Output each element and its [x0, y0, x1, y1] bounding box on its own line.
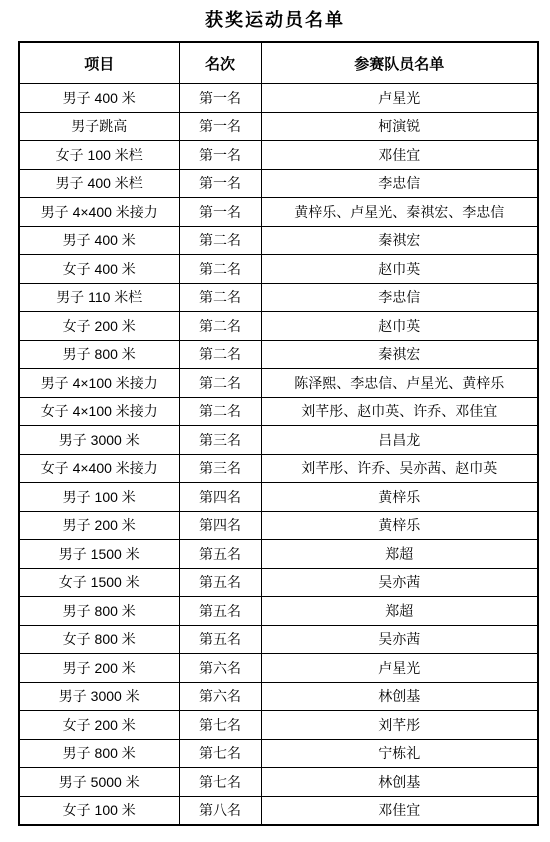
event-cell: 男子 400 米	[19, 226, 179, 255]
event-cell: 男子 4×400 米接力	[19, 198, 179, 227]
names-cell: 刘芊彤	[261, 711, 538, 740]
table-row: 女子 1500 米第五名吴亦茜	[19, 568, 538, 597]
names-cell: 卢星光	[261, 84, 538, 113]
rank-cell: 第一名	[179, 84, 261, 113]
table-row: 男子 5000 米第七名林创基	[19, 768, 538, 797]
names-cell: 邓佳宜	[261, 141, 538, 170]
award-table: 项目 名次 参赛队员名单 男子 400 米第一名卢星光男子跳高第一名柯演锐女子 …	[18, 41, 539, 826]
header-row: 项目 名次 参赛队员名单	[19, 42, 538, 84]
table-row: 女子 4×400 米接力第三名刘芊彤、许乔、吴亦茜、赵巾英	[19, 454, 538, 483]
event-cell: 女子 4×400 米接力	[19, 454, 179, 483]
event-cell: 男子 800 米	[19, 340, 179, 369]
event-cell: 男子 1500 米	[19, 540, 179, 569]
event-cell: 男子 4×100 米接力	[19, 369, 179, 398]
names-cell: 陈泽熙、李忠信、卢星光、黄梓乐	[261, 369, 538, 398]
table-row: 女子 200 米第二名赵巾英	[19, 312, 538, 341]
names-cell: 吴亦茜	[261, 568, 538, 597]
rank-cell: 第五名	[179, 625, 261, 654]
table-row: 男子 800 米第七名宁栋礼	[19, 739, 538, 768]
names-cell: 刘芊彤、赵巾英、许乔、邓佳宜	[261, 397, 538, 426]
table-row: 男子 800 米第二名秦祺宏	[19, 340, 538, 369]
event-cell: 男子跳高	[19, 112, 179, 141]
names-cell: 卢星光	[261, 654, 538, 683]
header-event: 项目	[19, 42, 179, 84]
rank-cell: 第七名	[179, 739, 261, 768]
event-cell: 男子 110 米栏	[19, 283, 179, 312]
rank-cell: 第一名	[179, 198, 261, 227]
rank-cell: 第四名	[179, 483, 261, 512]
event-cell: 男子 3000 米	[19, 426, 179, 455]
names-cell: 柯演锐	[261, 112, 538, 141]
names-cell: 吴亦茜	[261, 625, 538, 654]
names-cell: 秦祺宏	[261, 226, 538, 255]
rank-cell: 第三名	[179, 426, 261, 455]
table-row: 女子 800 米第五名吴亦茜	[19, 625, 538, 654]
table-row: 男子 4×100 米接力第二名陈泽熙、李忠信、卢星光、黄梓乐	[19, 369, 538, 398]
names-cell: 李忠信	[261, 283, 538, 312]
header-rank: 名次	[179, 42, 261, 84]
event-cell: 男子 200 米	[19, 654, 179, 683]
event-cell: 女子 1500 米	[19, 568, 179, 597]
rank-cell: 第二名	[179, 397, 261, 426]
rank-cell: 第二名	[179, 255, 261, 284]
table-row: 男子 200 米第四名黄梓乐	[19, 511, 538, 540]
names-cell: 宁栋礼	[261, 739, 538, 768]
rank-cell: 第二名	[179, 283, 261, 312]
event-cell: 女子 400 米	[19, 255, 179, 284]
names-cell: 林创基	[261, 682, 538, 711]
table-row: 男子 400 米第二名秦祺宏	[19, 226, 538, 255]
table-row: 男子 110 米栏第二名李忠信	[19, 283, 538, 312]
table-body: 男子 400 米第一名卢星光男子跳高第一名柯演锐女子 100 米栏第一名邓佳宜男…	[19, 84, 538, 826]
names-cell: 郑超	[261, 540, 538, 569]
rank-cell: 第二名	[179, 340, 261, 369]
table-row: 男子 400 米第一名卢星光	[19, 84, 538, 113]
event-cell: 男子 800 米	[19, 739, 179, 768]
page-title: 获奖运动员名单	[0, 6, 550, 32]
event-cell: 女子 200 米	[19, 711, 179, 740]
rank-cell: 第三名	[179, 454, 261, 483]
rank-cell: 第一名	[179, 141, 261, 170]
event-cell: 女子 800 米	[19, 625, 179, 654]
rank-cell: 第八名	[179, 796, 261, 825]
table-row: 女子 100 米栏第一名邓佳宜	[19, 141, 538, 170]
rank-cell: 第二名	[179, 312, 261, 341]
table-row: 男子 400 米栏第一名李忠信	[19, 169, 538, 198]
event-cell: 男子 3000 米	[19, 682, 179, 711]
header-names: 参赛队员名单	[261, 42, 538, 84]
rank-cell: 第五名	[179, 597, 261, 626]
table-row: 男子 1500 米第五名郑超	[19, 540, 538, 569]
names-cell: 赵巾英	[261, 255, 538, 284]
names-cell: 李忠信	[261, 169, 538, 198]
names-cell: 刘芊彤、许乔、吴亦茜、赵巾英	[261, 454, 538, 483]
names-cell: 赵巾英	[261, 312, 538, 341]
names-cell: 林创基	[261, 768, 538, 797]
names-cell: 邓佳宜	[261, 796, 538, 825]
table-row: 男子 4×400 米接力第一名黄梓乐、卢星光、秦祺宏、李忠信	[19, 198, 538, 227]
names-cell: 吕昌龙	[261, 426, 538, 455]
rank-cell: 第二名	[179, 226, 261, 255]
table-row: 男子 3000 米第六名林创基	[19, 682, 538, 711]
table-row: 男子 3000 米第三名吕昌龙	[19, 426, 538, 455]
event-cell: 男子 100 米	[19, 483, 179, 512]
rank-cell: 第七名	[179, 768, 261, 797]
table-row: 男子 800 米第五名郑超	[19, 597, 538, 626]
names-cell: 黄梓乐	[261, 483, 538, 512]
rank-cell: 第七名	[179, 711, 261, 740]
names-cell: 秦祺宏	[261, 340, 538, 369]
names-cell: 黄梓乐、卢星光、秦祺宏、李忠信	[261, 198, 538, 227]
table-row: 女子 100 米第八名邓佳宜	[19, 796, 538, 825]
rank-cell: 第一名	[179, 169, 261, 198]
event-cell: 女子 100 米栏	[19, 141, 179, 170]
event-cell: 男子 800 米	[19, 597, 179, 626]
table-row: 男子 100 米第四名黄梓乐	[19, 483, 538, 512]
event-cell: 男子 5000 米	[19, 768, 179, 797]
rank-cell: 第二名	[179, 369, 261, 398]
event-cell: 男子 400 米	[19, 84, 179, 113]
event-cell: 女子 4×100 米接力	[19, 397, 179, 426]
names-cell: 郑超	[261, 597, 538, 626]
event-cell: 女子 100 米	[19, 796, 179, 825]
event-cell: 女子 200 米	[19, 312, 179, 341]
rank-cell: 第五名	[179, 540, 261, 569]
table-row: 女子 200 米第七名刘芊彤	[19, 711, 538, 740]
rank-cell: 第六名	[179, 654, 261, 683]
names-cell: 黄梓乐	[261, 511, 538, 540]
rank-cell: 第四名	[179, 511, 261, 540]
table-row: 男子跳高第一名柯演锐	[19, 112, 538, 141]
event-cell: 男子 400 米栏	[19, 169, 179, 198]
table-row: 女子 400 米第二名赵巾英	[19, 255, 538, 284]
table-header: 项目 名次 参赛队员名单	[19, 42, 538, 84]
event-cell: 男子 200 米	[19, 511, 179, 540]
rank-cell: 第五名	[179, 568, 261, 597]
rank-cell: 第六名	[179, 682, 261, 711]
table-row: 女子 4×100 米接力第二名刘芊彤、赵巾英、许乔、邓佳宜	[19, 397, 538, 426]
table-row: 男子 200 米第六名卢星光	[19, 654, 538, 683]
rank-cell: 第一名	[179, 112, 261, 141]
